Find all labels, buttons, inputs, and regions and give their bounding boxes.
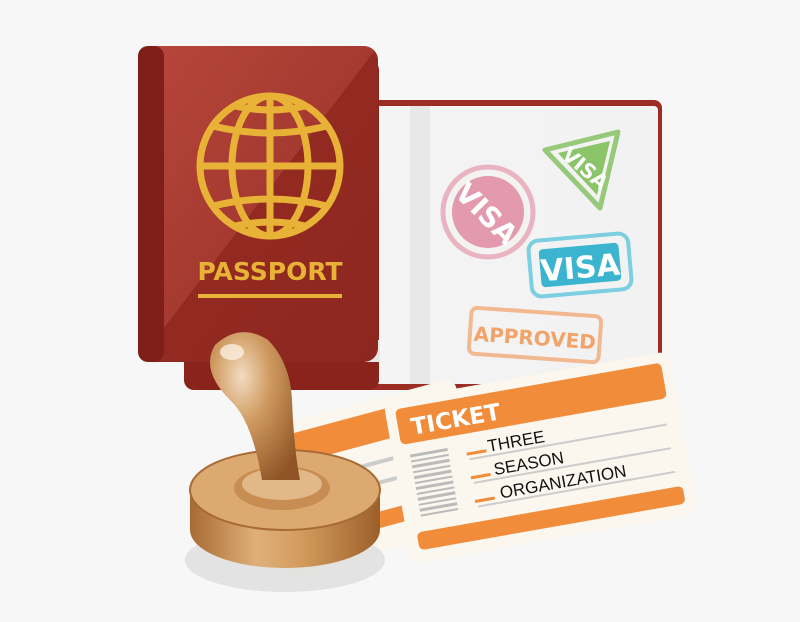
visa-stamp-circle: VISA bbox=[443, 167, 533, 257]
passport-label: PASSPORT bbox=[197, 257, 342, 286]
illustration: VISA VISA VISA APPROVED PASSPORT bbox=[0, 0, 800, 622]
visa-label-blue: VISA bbox=[539, 248, 622, 290]
scene-svg: VISA VISA VISA APPROVED PASSPORT bbox=[0, 0, 800, 622]
globe-icon bbox=[200, 96, 340, 236]
